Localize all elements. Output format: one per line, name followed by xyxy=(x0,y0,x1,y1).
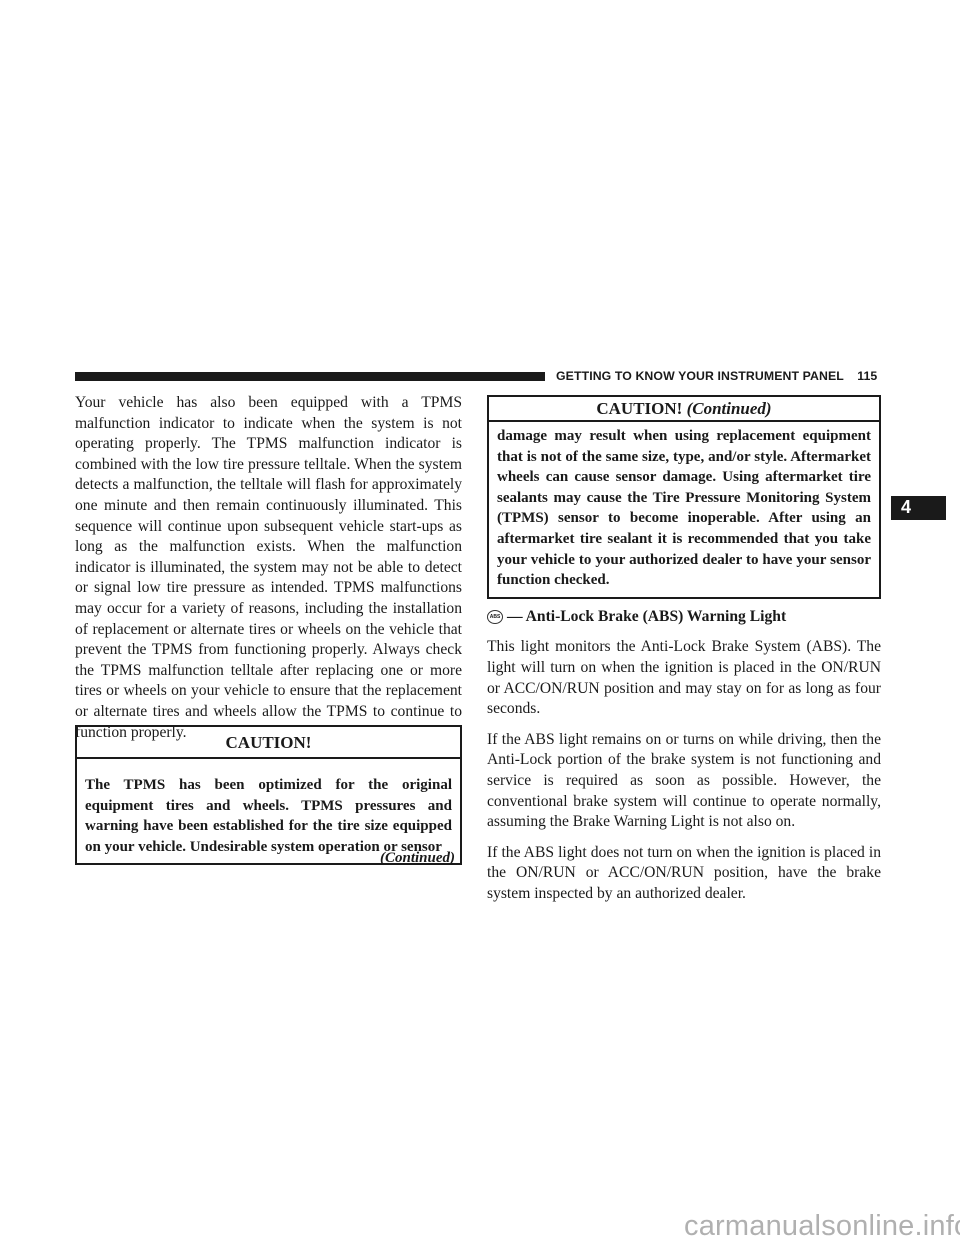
caution-title-continued: CAUTION! (Continued) xyxy=(489,397,879,422)
abs-warning-light-icon: ABS xyxy=(487,610,503,624)
section-title: GETTING TO KNOW YOUR INSTRUMENT PANEL xyxy=(556,369,844,383)
caution-box-continued: CAUTION! (Continued) damage may result w… xyxy=(487,395,881,599)
caution-title-suffix: (Continued) xyxy=(687,399,772,418)
continued-label: (Continued) xyxy=(380,850,455,867)
abs-paragraph: If the ABS light remains on or turns on … xyxy=(487,730,881,833)
caution-body: The TPMS has been optimized for the orig… xyxy=(77,759,460,863)
watermark: carmanualsonline.info xyxy=(684,1210,960,1242)
caution-body: damage may result when using replacement… xyxy=(489,422,879,597)
left-column: Your vehicle has also been equipped with… xyxy=(75,393,462,753)
chapter-tab: 4 xyxy=(891,496,946,520)
caution-title: CAUTION! xyxy=(77,727,460,759)
tpms-malfunction-paragraph: Your vehicle has also been equipped with… xyxy=(75,393,462,743)
caution-title: CAUTION! xyxy=(596,399,682,418)
chapter-number: 4 xyxy=(901,497,911,518)
header-rule xyxy=(75,372,545,381)
page-number: 115 xyxy=(857,369,877,383)
caution-box-tpms: CAUTION! The TPMS has been optimized for… xyxy=(75,725,462,865)
abs-paragraph: This light monitors the Anti-Lock Brake … xyxy=(487,637,881,719)
abs-heading: ABS — Anti-Lock Brake (ABS) Warning Ligh… xyxy=(487,607,881,628)
abs-heading-text: — Anti-Lock Brake (ABS) Warning Light xyxy=(507,607,786,628)
abs-paragraph: If the ABS light does not turn on when t… xyxy=(487,843,881,905)
running-header: GETTING TO KNOW YOUR INSTRUMENT PANEL 11… xyxy=(556,369,877,383)
right-column: CAUTION! (Continued) damage may result w… xyxy=(487,395,881,914)
